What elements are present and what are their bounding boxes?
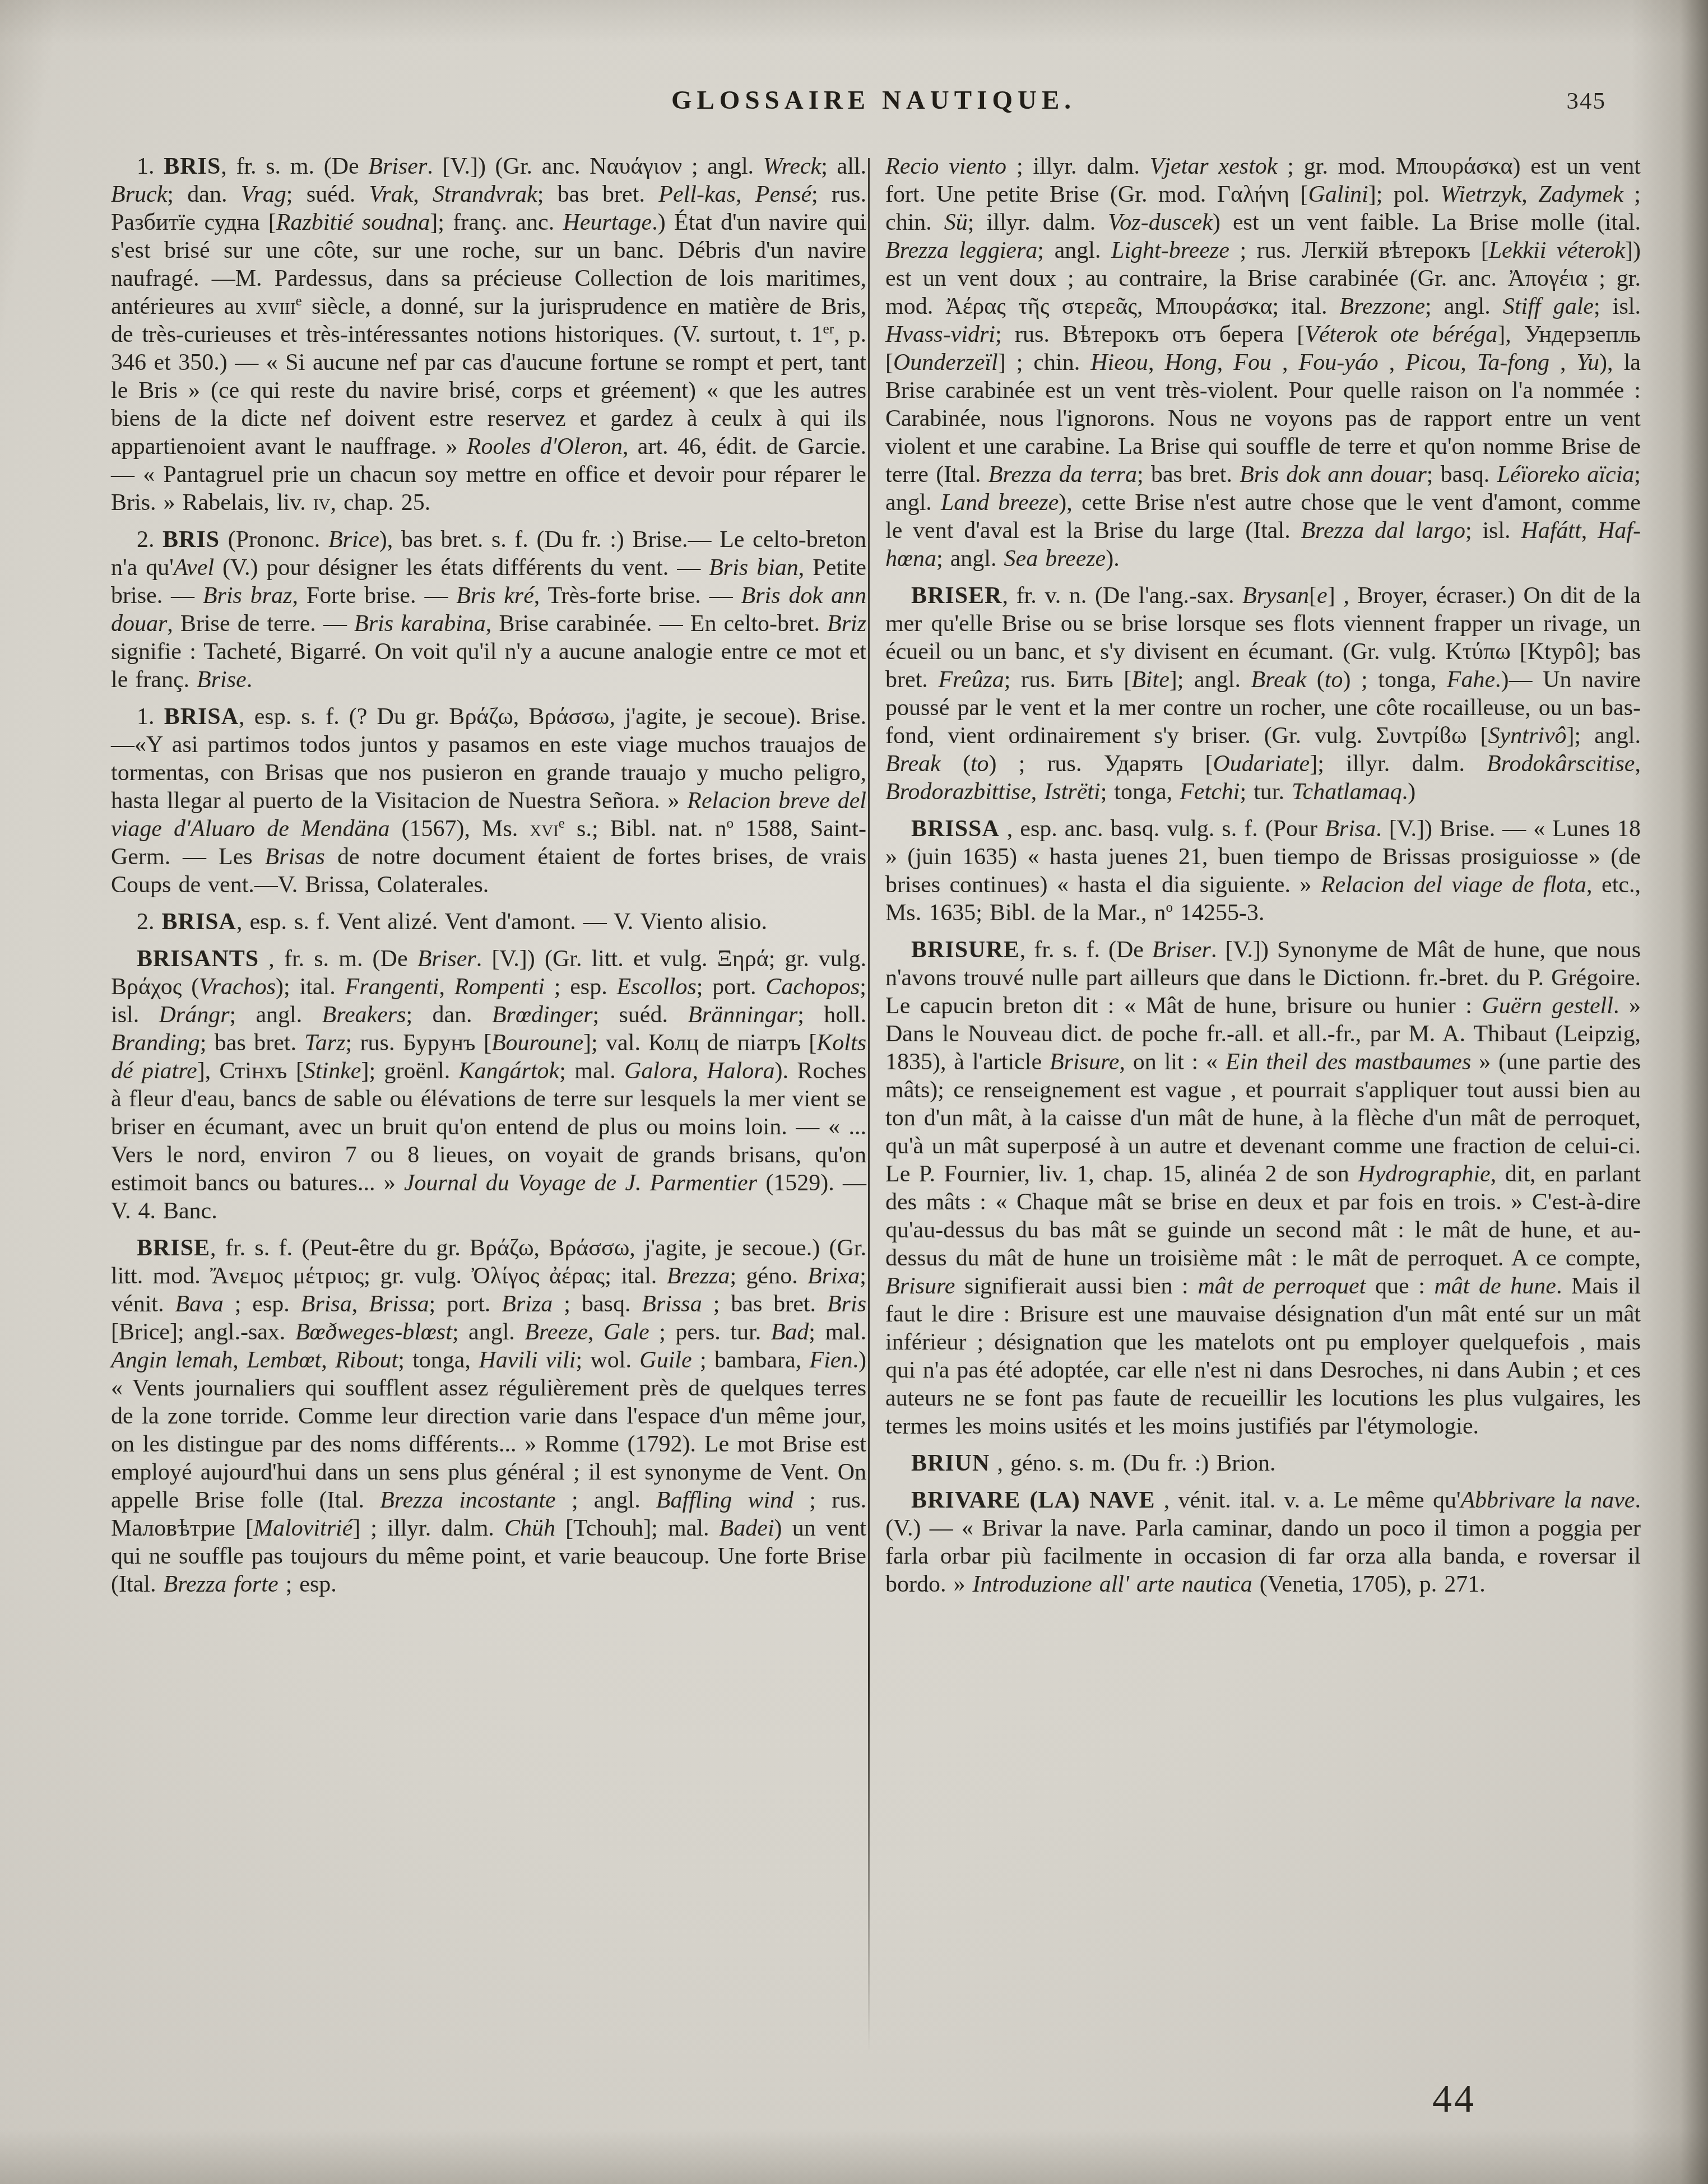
- running-head: GLOSSAIRE NAUTIQUE. 345: [112, 85, 1635, 119]
- text-run: Cachopos: [765, 974, 860, 1000]
- text-run: Briz: [827, 611, 866, 637]
- text-run: Ounderzeïl: [893, 350, 998, 375]
- text-run: Brice: [328, 527, 379, 553]
- text-run: BRIVARE (LA) NAVE: [911, 1487, 1155, 1513]
- text-run: ).: [1106, 546, 1120, 572]
- text-run: Break: [885, 751, 941, 777]
- text-run: Stiff gale: [1503, 294, 1594, 319]
- text-run: Pell-kas: [658, 182, 736, 207]
- text-run: signifierait aussi bien :: [955, 1273, 1198, 1299]
- text-run: Bouroune: [491, 1030, 583, 1056]
- text-run: Lekkii véterok: [1489, 238, 1625, 263]
- text-run: Razbitié soudna: [276, 210, 430, 235]
- text-run: ], Стiнхъ [: [197, 1058, 304, 1084]
- text-run: ]; val. Колц de пiатръ [: [583, 1030, 816, 1056]
- text-run: o: [1166, 900, 1173, 915]
- text-run: iv: [313, 490, 331, 516]
- text-run: Brise: [197, 667, 247, 693]
- text-run: Guile: [639, 1347, 691, 1373]
- page-title: GLOSSAIRE NAUTIQUE.: [112, 85, 1635, 115]
- text-run: Brissa: [369, 1291, 429, 1317]
- text-run: ; all.: [821, 154, 866, 179]
- entry-paragraph: BRIVARE (LA) NAVE , vénit. ital. v. a. L…: [885, 1486, 1641, 1598]
- entry-paragraph: BRISURE, fr. s. f. (De Briser. [V.]) Syn…: [885, 936, 1641, 1440]
- text-run: ; esp.: [545, 974, 617, 1000]
- text-run: ; rus. Легкiй вѣтерокъ [: [1229, 238, 1489, 263]
- text-run: Brixa: [807, 1263, 860, 1289]
- text-run: BRIS: [163, 527, 220, 553]
- text-run: Strandvrak: [433, 182, 537, 207]
- text-run: ,: [1217, 350, 1234, 375]
- text-run: o: [726, 816, 734, 831]
- text-run: Briser: [417, 946, 476, 972]
- text-run: ; dan.: [406, 1002, 492, 1028]
- text-run: Briza: [502, 1291, 553, 1317]
- text-run: ,: [321, 1347, 335, 1373]
- text-run: Journal du Voyage de J. Parmentier: [404, 1170, 757, 1196]
- text-run: ]; illyr. dalm.: [1310, 751, 1487, 777]
- text-run: ; bas bret.: [1137, 462, 1240, 488]
- text-run: Brisas: [265, 844, 325, 870]
- text-run: ,: [233, 1347, 247, 1373]
- text-run: Baffling wind: [656, 1487, 793, 1513]
- text-run: ; basq.: [1427, 462, 1497, 488]
- text-run: ) ; tonga,: [1343, 667, 1447, 693]
- text-run: ,: [1581, 518, 1598, 544]
- entry-paragraph: BRIUN , géno. s. m. (Du fr. :) Brion.: [885, 1449, 1641, 1477]
- text-run: Bris kré: [456, 583, 534, 609]
- text-run: Chüh: [504, 1515, 555, 1541]
- text-run: BRIS: [164, 154, 221, 179]
- text-run: Sea breeze: [1004, 546, 1106, 572]
- text-run: , géno. s. m. (Du fr. :) Brion.: [990, 1450, 1275, 1476]
- entry-paragraph: 1. BRIS, fr. s. m. (De Briser. [V.]) (Gr…: [111, 152, 866, 517]
- text-run: Freûza: [938, 667, 1004, 693]
- text-run: Brisure: [1050, 1049, 1119, 1075]
- text-run: s.; Bibl. nat. n: [565, 816, 726, 842]
- text-run: Brisure: [885, 1273, 955, 1299]
- text-run: ] ; illyr. dalm.: [352, 1515, 504, 1541]
- text-run: Ribout: [335, 1347, 398, 1373]
- column-divider-rule: [868, 158, 870, 2052]
- text-run: Bœðweges-blœst: [295, 1319, 452, 1345]
- text-run: Brysan: [1242, 583, 1309, 609]
- entry-paragraph: BRISSA , esp. anc. basq. vulg. s. f. (Po…: [885, 815, 1641, 927]
- text-run: , Forte brise. —: [292, 583, 456, 609]
- text-run: , on lit : «: [1119, 1049, 1226, 1075]
- text-run: BRISSA: [911, 816, 1000, 842]
- text-run: Land breeze: [941, 490, 1059, 516]
- text-run: Bad: [771, 1319, 809, 1345]
- text-run: Bava: [175, 1291, 223, 1317]
- text-run: Bruck: [111, 182, 167, 207]
- text-run: Relacion del viage de flota: [1321, 872, 1586, 898]
- text-run: , chap. 25.: [330, 490, 430, 516]
- entry-paragraph: Recio viento ; illyr. dalm. Vjetar xesto…: [885, 152, 1641, 573]
- text-run: ,: [1271, 350, 1299, 375]
- text-run: , vénit. ital. v. a. Le même qu': [1155, 1487, 1461, 1513]
- text-run: ] ; chin.: [998, 350, 1091, 375]
- text-run: ; angl.: [1037, 238, 1111, 263]
- text-run: Badei: [720, 1515, 774, 1541]
- text-run: Syntrivô: [1488, 723, 1567, 749]
- text-run: que :: [1366, 1273, 1434, 1299]
- text-run: ,: [1521, 182, 1538, 207]
- text-run: mât de perroquet: [1198, 1273, 1366, 1299]
- text-run: Ein theil des mastbaumes: [1226, 1049, 1471, 1075]
- text-run: , esp. s. f. Vent alizé. Vent d'amont. —…: [236, 909, 767, 935]
- text-run: Break: [1251, 667, 1307, 693]
- text-run: ; basq.: [553, 1291, 642, 1317]
- text-run: xviii: [256, 294, 296, 319]
- text-run: Angin lemah: [111, 1347, 233, 1373]
- entry-paragraph: 2. BRIS (Prononc. Brice), bas bret. s. f…: [111, 526, 866, 694]
- text-run: Havili vili: [479, 1347, 575, 1373]
- text-run: e: [559, 816, 565, 831]
- text-run: Breakers: [322, 1002, 406, 1028]
- text-run: Fou: [1233, 350, 1271, 375]
- text-run: , fr. s. m. (De: [259, 946, 417, 972]
- text-run: ; rus. Вѣтерокъ отъ берега [: [995, 322, 1305, 347]
- text-run: ; bas bret.: [537, 182, 659, 207]
- text-run: Bris dok ann douar: [1240, 462, 1427, 488]
- text-run: Pensé: [755, 182, 811, 207]
- text-run: Gale: [604, 1319, 649, 1345]
- text-run: Kangártok: [459, 1058, 560, 1084]
- text-run: ; mal.: [809, 1319, 866, 1345]
- text-run: Wietrzyk: [1441, 182, 1522, 207]
- text-run: Galini: [1308, 182, 1368, 207]
- text-run: , Très-forte brise. —: [534, 583, 741, 609]
- text-run: mât de hune: [1434, 1273, 1556, 1299]
- text-run: ]; angl.: [1567, 723, 1641, 749]
- text-run: ; angl.: [556, 1487, 656, 1513]
- text-run: ; isl.: [1594, 294, 1641, 319]
- text-run: Bris karabina: [354, 611, 486, 637]
- text-run: Briser: [1152, 937, 1211, 963]
- text-run: (: [1306, 667, 1325, 693]
- text-run: , Brise carabinée. — En celto-bret.: [486, 611, 827, 637]
- text-run: e: [295, 294, 301, 309]
- text-run: to: [1325, 667, 1343, 693]
- text-run: ; holl.: [797, 1002, 866, 1028]
- text-run: Vrachos: [199, 974, 276, 1000]
- text-run: Véterok ote béréga: [1305, 322, 1497, 347]
- right-text-column: Recio viento ; illyr. dalm. Vjetar xesto…: [885, 152, 1641, 1607]
- text-run: BRISURE: [911, 937, 1020, 963]
- text-run: , Brise de terre. —: [167, 611, 354, 637]
- text-run: Tarz: [304, 1030, 345, 1056]
- text-run: ) ; rus. Ударять [: [989, 751, 1213, 777]
- text-run: Hvass-vidri: [885, 322, 995, 347]
- text-run: Tchatlamaq: [1292, 779, 1402, 805]
- text-run: Voz-duscek: [1108, 210, 1213, 235]
- text-run: ; rus. Бить [: [1004, 667, 1131, 693]
- text-run: Brezzone: [1340, 294, 1425, 319]
- left-text-column: 1. BRIS, fr. s. m. (De Briser. [V.]) (Gr…: [111, 152, 866, 1607]
- scanned-dictionary-page: GLOSSAIRE NAUTIQUE. 345 1. BRIS, fr. s. …: [0, 0, 1708, 2184]
- text-run: , esp. anc. basq. vulg. s. f. (Pour: [1000, 816, 1325, 842]
- text-run: Fetchi: [1180, 779, 1240, 805]
- text-run: 1.: [137, 154, 164, 179]
- text-run: Sü: [944, 210, 968, 235]
- text-run: ; pers. tur.: [649, 1319, 771, 1345]
- text-run: ; suéd.: [286, 182, 369, 207]
- text-run: , fr. v. n. (De l'ang.-sax.: [1002, 583, 1242, 609]
- text-run: ; angl.: [452, 1319, 525, 1345]
- text-run: ; bas bret.: [702, 1291, 827, 1317]
- text-run: ; dan.: [167, 182, 241, 207]
- text-run: Brezza forte: [163, 1571, 278, 1597]
- text-run: Brezza da terra: [988, 462, 1137, 488]
- text-run: Fahe: [1447, 667, 1495, 693]
- text-run: Stinke: [304, 1058, 361, 1084]
- text-run: 2.: [137, 909, 162, 935]
- text-run: Ta-fong: [1477, 350, 1549, 375]
- text-run: Light-breeze: [1111, 238, 1229, 263]
- text-run: ,: [1635, 751, 1641, 777]
- text-run: ,: [736, 182, 755, 207]
- text-run: ) est un vent faible. La Brise molle (it…: [1213, 210, 1641, 235]
- text-run: ; illyr. dalm.: [968, 210, 1108, 235]
- text-run: Léïoreko aïcia: [1497, 462, 1634, 488]
- text-run: BRIUN: [911, 1450, 990, 1476]
- text-run: ,: [413, 182, 433, 207]
- text-run: Brezza: [667, 1263, 730, 1289]
- text-run: Malovitrié: [253, 1515, 352, 1541]
- text-run: ]; angl.: [1169, 667, 1251, 693]
- text-run: Branding: [111, 1030, 200, 1056]
- text-run: Vrak: [369, 182, 414, 207]
- text-run: ; tonga,: [398, 1347, 479, 1373]
- text-run: Brezza dal largo: [1301, 518, 1465, 544]
- entry-paragraph: BRISANTS , fr. s. m. (De Briser. [V.]) (…: [111, 945, 866, 1225]
- text-run: BRISA: [162, 909, 236, 935]
- text-run: Brodorazbittise: [885, 779, 1031, 805]
- text-run: Introduzione all' arte nautica: [973, 1571, 1252, 1597]
- text-run: ,: [588, 1319, 604, 1345]
- text-run: Drángr: [159, 1002, 229, 1028]
- text-run: ; géno.: [730, 1263, 807, 1289]
- text-run: Bris braz: [203, 583, 293, 609]
- text-run: Guërn gestell: [1482, 993, 1613, 1019]
- text-run: Escollos: [616, 974, 696, 1000]
- text-run: Brisa: [301, 1291, 352, 1317]
- text-run: ; port.: [697, 974, 766, 1000]
- text-run: [: [1309, 583, 1317, 609]
- text-run: ]; franç. anc.: [430, 210, 563, 235]
- text-run: Rompenti: [454, 974, 545, 1000]
- text-run: BRISE: [137, 1235, 210, 1261]
- text-run: ; angl.: [1425, 294, 1503, 319]
- text-run: , fr. s. f. (De: [1020, 937, 1152, 963]
- text-run: ; bambara,: [692, 1347, 810, 1373]
- text-run: Zadymek: [1538, 182, 1623, 207]
- text-run: Frangenti: [345, 974, 439, 1000]
- entry-paragraph: 2. BRISA, esp. s. f. Vent alizé. Vent d'…: [111, 908, 866, 936]
- text-run: Avel: [174, 555, 214, 581]
- page-number: 345: [1567, 87, 1607, 115]
- text-run: ,: [1379, 350, 1406, 375]
- text-run: BRISER: [911, 583, 1002, 609]
- text-run: 2.: [137, 527, 163, 553]
- text-run: ,: [1460, 350, 1477, 375]
- text-run: . [V.]) (Gr. anc. Ναυάγιον ; angl.: [427, 154, 763, 179]
- text-run: ,: [692, 1058, 707, 1084]
- text-run: ,: [439, 974, 454, 1000]
- text-run: Picou: [1405, 350, 1460, 375]
- text-run: ; mal.: [559, 1058, 624, 1084]
- text-run: Brissa: [642, 1291, 702, 1317]
- text-run: (V.) pour désigner les états différents …: [214, 555, 709, 581]
- text-run: ,: [1148, 350, 1165, 375]
- text-run: Abbrivare la nave: [1460, 1487, 1635, 1513]
- text-run: Wreck: [763, 154, 821, 179]
- text-run: (1567), Ms.: [389, 816, 530, 842]
- text-run: ; bas bret.: [200, 1030, 305, 1056]
- text-run: ; esp.: [279, 1571, 337, 1597]
- text-run: ,: [1031, 779, 1045, 805]
- text-run: Yu: [1577, 350, 1600, 375]
- signature-mark: 44: [1432, 2077, 1476, 2122]
- text-run: ; tur.: [1240, 779, 1292, 805]
- text-run: Vrag: [241, 182, 286, 207]
- text-run: Vjetar xestok: [1150, 154, 1278, 179]
- text-run: ; port.: [429, 1291, 502, 1317]
- text-run: xvi: [530, 816, 559, 842]
- text-run: (: [941, 751, 971, 777]
- text-run: Bite: [1131, 667, 1169, 693]
- text-run: .): [1402, 779, 1416, 805]
- text-run: ; suéd.: [593, 1002, 688, 1028]
- text-run: (Venetia, 1705), p. 271.: [1252, 1571, 1486, 1597]
- text-run: ; rus. Бурунъ [: [346, 1030, 491, 1056]
- text-run: Breeze: [525, 1319, 588, 1345]
- text-run: ,: [352, 1291, 369, 1317]
- text-run: Oudariate: [1213, 751, 1310, 777]
- text-run: Istrëti: [1044, 779, 1100, 805]
- text-run: Brezza incostante: [380, 1487, 556, 1513]
- text-run: Rooles d'Oleron: [467, 434, 623, 460]
- text-run: Brezza leggiera: [885, 238, 1037, 263]
- text-run: ; angl.: [936, 546, 1004, 572]
- text-run: Brodokârscitise: [1487, 751, 1635, 777]
- entry-paragraph: BRISE, fr. s. f. (Peut-être du gr. Βράζω…: [111, 1234, 866, 1598]
- text-run: [Brice]; angl.-sax.: [111, 1319, 295, 1345]
- text-run: Lembœt: [247, 1347, 321, 1373]
- text-run: .: [247, 667, 253, 693]
- text-run: BRISANTS: [137, 946, 259, 972]
- text-run: ; wol.: [575, 1347, 639, 1373]
- text-run: ,: [1549, 350, 1577, 375]
- text-run: Halora: [707, 1058, 774, 1084]
- text-run: ; isl.: [1465, 518, 1521, 544]
- text-run: 1.: [137, 704, 164, 730]
- text-run: [Tchouh]; mal.: [555, 1515, 720, 1541]
- text-run: ]; groënl.: [361, 1058, 459, 1084]
- text-run: Briser: [368, 154, 427, 179]
- text-run: ; illyr. dalm.: [1006, 154, 1150, 179]
- text-run: e: [1317, 583, 1328, 609]
- text-run: er: [823, 322, 834, 337]
- text-run: Heurtage: [563, 210, 652, 235]
- text-run: Fou-yáo: [1299, 350, 1379, 375]
- text-run: Hafátt: [1521, 518, 1581, 544]
- text-run: ; esp.: [224, 1291, 301, 1317]
- entry-paragraph: BRISER, fr. v. n. (De l'ang.-sax. Brysan…: [885, 582, 1641, 806]
- text-run: ; angl.: [229, 1002, 322, 1028]
- text-run: Hieou: [1090, 350, 1148, 375]
- text-run: Hong: [1164, 350, 1217, 375]
- text-run: Bris: [827, 1291, 866, 1317]
- text-run: ; tonga,: [1101, 779, 1180, 805]
- text-run: Fien: [810, 1347, 853, 1373]
- text-run: BRISA: [164, 704, 239, 730]
- text-run: , fr. s. m. (De: [221, 154, 368, 179]
- text-run: Brisa: [1325, 816, 1376, 842]
- text-run: Brœdinger: [492, 1002, 593, 1028]
- text-run: Galora: [624, 1058, 692, 1084]
- text-run: ]; pol.: [1368, 182, 1441, 207]
- text-run: Hydrographie: [1358, 1161, 1490, 1187]
- entry-paragraph: 1. BRISA, esp. s. f. (? Du gr. Βράζω, Βρ…: [111, 703, 866, 899]
- text-run: 14255-3.: [1173, 900, 1265, 926]
- text-run: Bris bian: [709, 555, 799, 581]
- text-run: Recio viento: [885, 154, 1006, 179]
- text-run: (Prononc.: [220, 527, 328, 553]
- text-run: Bränningar: [688, 1002, 797, 1028]
- text-run: to: [971, 751, 989, 777]
- text-run: ); ital.: [276, 974, 345, 1000]
